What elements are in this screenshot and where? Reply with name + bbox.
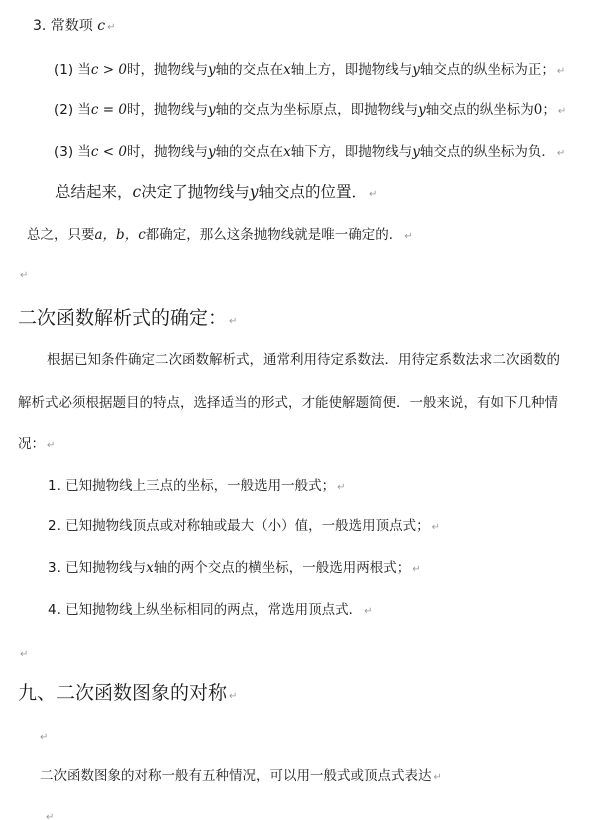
paragraph-mark: ↵ bbox=[557, 148, 565, 159]
var-y: y bbox=[412, 144, 420, 160]
text: 1. 已知抛物线上三点的坐标，一般选用一般式； bbox=[48, 478, 335, 494]
var-x: x bbox=[283, 144, 291, 160]
empty-paragraph: ↵ bbox=[38, 726, 48, 748]
text: 时，抛物线与 bbox=[127, 62, 208, 78]
var-y: y bbox=[208, 102, 216, 118]
item-label: (3) 当 bbox=[54, 144, 91, 160]
var-y: y bbox=[208, 144, 216, 160]
text: 决定了抛物线与 bbox=[141, 183, 250, 201]
title-text: 3. 常数项 bbox=[33, 18, 93, 34]
var-c: c bbox=[133, 183, 142, 201]
item-label: (2) 当 bbox=[54, 102, 91, 118]
paragraph-mark: ↵ bbox=[369, 189, 377, 200]
paragraph-mark: ↵ bbox=[47, 440, 55, 451]
paragraph-mark: ↵ bbox=[404, 231, 412, 242]
condition-item-1: (1) 当c > 0时，抛物线与y轴的交点在x轴上方，即抛物线与y轴交点的纵坐标… bbox=[54, 60, 565, 82]
section-c-title: 3. 常数项 c↵ bbox=[33, 16, 116, 38]
paragraph-mark: ↵ bbox=[434, 772, 442, 783]
item-label: (1) 当 bbox=[54, 62, 91, 78]
paragraph-mark: ↵ bbox=[432, 522, 440, 533]
method-item-1: 1. 已知抛物线上三点的坐标，一般选用一般式；↵ bbox=[48, 476, 346, 498]
paragraph-mark: ↵ bbox=[557, 66, 565, 77]
heading-text: 二次函数解析式的确定： bbox=[18, 307, 227, 329]
condition-item-3: (3) 当c < 0时，抛物线与y轴的交点在x轴下方，即抛物线与y轴交点的纵坐标… bbox=[54, 142, 565, 164]
conclusion: 总之，只要a，b，c都确定，那么这条抛物线就是唯一确定的．↵ bbox=[27, 225, 413, 247]
text: 4. 已知抛物线上纵坐标相同的两点，常选用顶点式． bbox=[48, 602, 362, 618]
empty-paragraph: ↵ bbox=[18, 264, 28, 286]
text: 轴交点的纵坐标为 bbox=[426, 102, 534, 118]
paragraph-mark: ↵ bbox=[229, 691, 237, 702]
text: 总之，只要 bbox=[27, 227, 95, 243]
text: 二次函数图象的对称一般有五种情况，可以用一般式或顶点式表达 bbox=[40, 768, 432, 784]
paragraph-mark: ↵ bbox=[46, 812, 54, 820]
section-heading-analytic: 二次函数解析式的确定：↵ bbox=[18, 305, 237, 335]
paragraph-mark: ↵ bbox=[364, 606, 372, 617]
text: 根据已知条件确定二次函数解析式，通常利用待定系数法．用待定系数法求二次函数的 bbox=[47, 352, 560, 368]
text: 3. 已知抛物线与 bbox=[48, 560, 146, 576]
method-item-4: 4. 已知抛物线上纵坐标相同的两点，常选用顶点式．↵ bbox=[48, 600, 373, 622]
symmetry-para: 二次函数图象的对称一般有五种情况，可以用一般式或顶点式表达↵ bbox=[40, 766, 442, 788]
paragraph-mark: ↵ bbox=[558, 106, 566, 117]
method-item-2: 2. 已知抛物线顶点或对称轴或最大（小）值，一般选用顶点式；↵ bbox=[48, 516, 440, 538]
var-y: y bbox=[418, 102, 426, 118]
text: ； bbox=[542, 102, 556, 118]
text: 轴的交点在 bbox=[216, 144, 284, 160]
paragraph-mark: ↵ bbox=[20, 649, 28, 660]
text: 都确定，那么这条抛物线就是唯一确定的． bbox=[146, 227, 403, 243]
text: 时，抛物线与 bbox=[127, 102, 208, 118]
analytic-para-line-3: 况：↵ bbox=[18, 434, 55, 456]
paragraph-mark: ↵ bbox=[40, 732, 48, 743]
var-x: x bbox=[283, 62, 291, 78]
condition-item-2: (2) 当c = 0时，抛物线与y轴的交点为坐标原点，即抛物线与y轴交点的纵坐标… bbox=[54, 100, 566, 122]
paragraph-mark: ↵ bbox=[20, 270, 28, 281]
paragraph-mark: ↵ bbox=[107, 22, 115, 33]
text: 轴下方，即抛物线与 bbox=[291, 144, 413, 160]
section-heading-nine: 九、二次函数图象的对称↵ bbox=[18, 680, 237, 710]
text: 轴上方，即抛物线与 bbox=[291, 62, 413, 78]
var-y: y bbox=[208, 62, 216, 78]
text: 轴的两个交点的横坐标，一般选用两根式； bbox=[154, 560, 411, 576]
analytic-para-line-1: 根据已知条件确定二次函数解析式，通常利用待定系数法．用待定系数法求二次函数的 bbox=[47, 350, 560, 370]
analytic-para-line-2: 解析式必须根据题目的特点，选择适当的形式，才能使解题简便．一般来说，有如下几种情 bbox=[18, 393, 558, 413]
method-item-3: 3. 已知抛物线与x轴的两个交点的横坐标，一般选用两根式；↵ bbox=[48, 558, 421, 580]
text: 解析式必须根据题目的特点，选择适当的形式，才能使解题简便．一般来说，有如下几种情 bbox=[18, 395, 558, 411]
text: 轴的交点为坐标原点，即抛物线与 bbox=[216, 102, 419, 118]
condition: c < 0 bbox=[91, 144, 127, 160]
var-c: c bbox=[97, 18, 105, 34]
empty-paragraph: ↵ bbox=[18, 643, 28, 665]
vars-abc: a，b，c bbox=[95, 227, 146, 243]
paragraph-mark: ↵ bbox=[337, 482, 345, 493]
text: 总结起来， bbox=[55, 183, 133, 201]
text: 轴交点的纵坐标为正； bbox=[420, 62, 555, 78]
text: 况： bbox=[18, 436, 45, 452]
text: 轴的交点在 bbox=[216, 62, 284, 78]
heading-text: 九、二次函数图象的对称 bbox=[18, 682, 227, 704]
section-c-summary: 总结起来，c决定了抛物线与y轴交点的位置．↵ bbox=[55, 182, 377, 205]
text: 2. 已知抛物线顶点或对称轴或最大（小）值，一般选用顶点式； bbox=[48, 518, 430, 534]
paragraph-mark: ↵ bbox=[412, 564, 420, 575]
var-y: y bbox=[412, 62, 420, 78]
empty-paragraph: ↵ bbox=[44, 806, 54, 820]
text: 轴交点的纵坐标为负． bbox=[420, 144, 555, 160]
paragraph-mark: ↵ bbox=[229, 316, 237, 327]
var-x: x bbox=[146, 560, 154, 576]
condition: c = 0 bbox=[91, 102, 127, 118]
condition: c > 0 bbox=[91, 62, 127, 78]
text: 轴交点的位置． bbox=[258, 183, 367, 201]
text: 时，抛物线与 bbox=[127, 144, 208, 160]
